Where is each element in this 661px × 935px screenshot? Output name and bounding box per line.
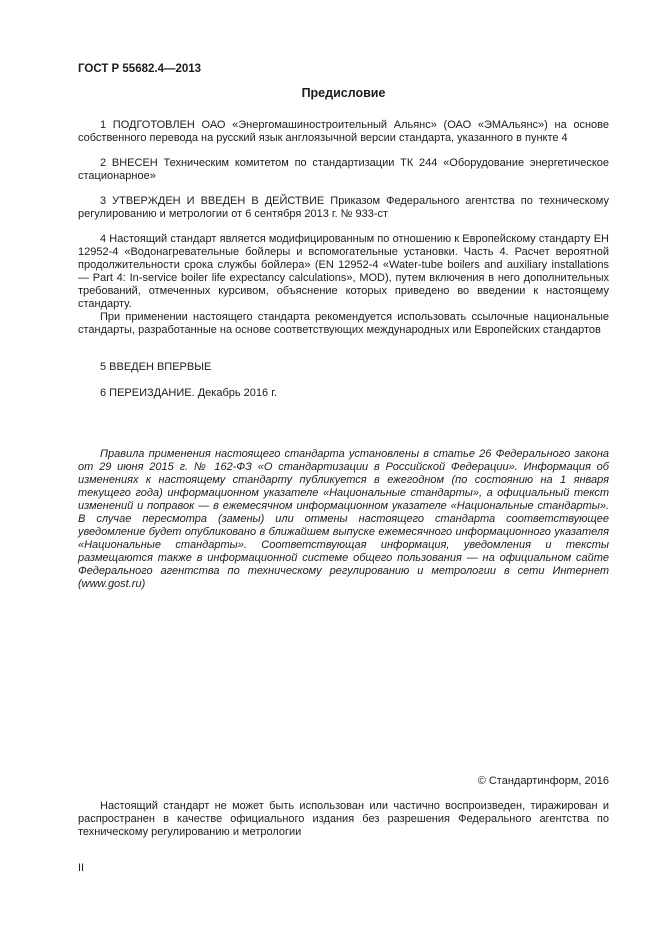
page-number: II [78,862,609,875]
legal-notice: Правила применения настоящего стандарта … [78,448,609,591]
foreword-item-4-note: При применении настоящего стандарта реко… [78,311,609,337]
foreword-item-5: 5 ВВЕДЕН ВПЕРВЫЕ [78,361,609,374]
foreword-title: Предисловие [78,87,609,100]
foreword-item-1: 1 ПОДГОТОВЛЕН ОАО «Энергомашиностроитель… [78,119,609,145]
copyright-notice: © Стандартинформ, 2016 [78,775,609,788]
foreword-item-4: 4 Настоящий стандарт является модифициро… [78,233,609,311]
standard-designation: ГОСТ Р 55682.4—2013 [78,63,609,76]
foreword-item-3: 3 УТВЕРЖДЕН И ВВЕДЕН В ДЕЙСТВИЕ Приказом… [78,195,609,221]
distribution-restriction: Настоящий стандарт не может быть использ… [78,800,609,839]
foreword-item-2: 2 ВНЕСЕН Техническим комитетом по станда… [78,157,609,183]
foreword-item-6: 6 ПЕРЕИЗДАНИЕ. Декабрь 2016 г. [78,387,609,400]
document-page: ГОСТ Р 55682.4—2013 Предисловие 1 ПОДГОТ… [0,0,661,935]
